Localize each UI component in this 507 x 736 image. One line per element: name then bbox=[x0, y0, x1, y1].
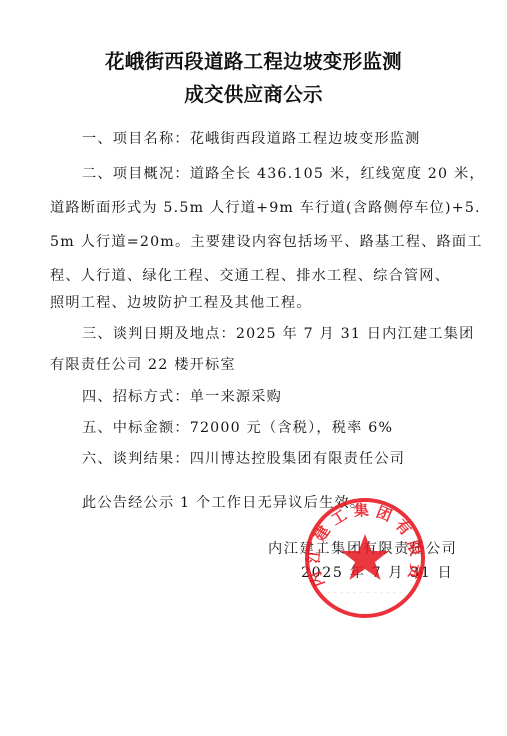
star-icon bbox=[341, 534, 389, 580]
item-bid-amount: 五、中标金额：72000 元（含税），税率 6% bbox=[82, 417, 393, 437]
item-project-overview-line-4: 程、人行道、绿化工程、交通工程、排水工程、综合管网、 bbox=[50, 265, 450, 285]
svg-text:· · · · · · · · · · · ·: · · · · · · · · · · · · bbox=[327, 591, 403, 596]
item-negotiation-result: 六、谈判结果：四川博达控股集团有限责任公司 bbox=[82, 448, 405, 468]
item-negotiation-date-line-1: 三、谈判日期及地点：2025 年 7 月 31 日内江建工集团 bbox=[82, 323, 475, 343]
seal-icon: 内江建工集团有限责任公司 · · · · · · · · · · · · bbox=[303, 496, 427, 620]
item-project-name: 一、项目名称：花峨街西段道路工程边坡变形监测 bbox=[82, 128, 421, 148]
item-tender-method: 四、招标方式：单一来源采购 bbox=[82, 386, 282, 406]
announcement-page: 花峨街西段道路工程边坡变形监测 成交供应商公示 一、项目名称：花峨街西段道路工程… bbox=[0, 0, 507, 736]
company-seal: 内江建工集团有限责任公司 · · · · · · · · · · · · bbox=[303, 496, 427, 620]
document-title: 花峨街西段道路工程边坡变形监测 bbox=[0, 46, 507, 74]
item-project-overview-line-5: 照明工程、边坡防护工程及其他工程。 bbox=[50, 292, 312, 312]
document-subtitle: 成交供应商公示 bbox=[0, 79, 507, 107]
item-project-overview-line-3: 5m 人行道=20m。主要建设内容包括场平、路基工程、路面工 bbox=[50, 231, 483, 251]
item-project-overview-line-1: 二、项目概况：道路全长 436.105 米，红线宽度 20 米， bbox=[82, 163, 485, 183]
item-negotiation-date-line-2: 有限责任公司 22 楼开标室 bbox=[50, 354, 236, 374]
item-project-overview-line-2: 道路断面形式为 5.5m 人行道+9m 车行道(含路侧停车位)+5. bbox=[50, 197, 481, 217]
